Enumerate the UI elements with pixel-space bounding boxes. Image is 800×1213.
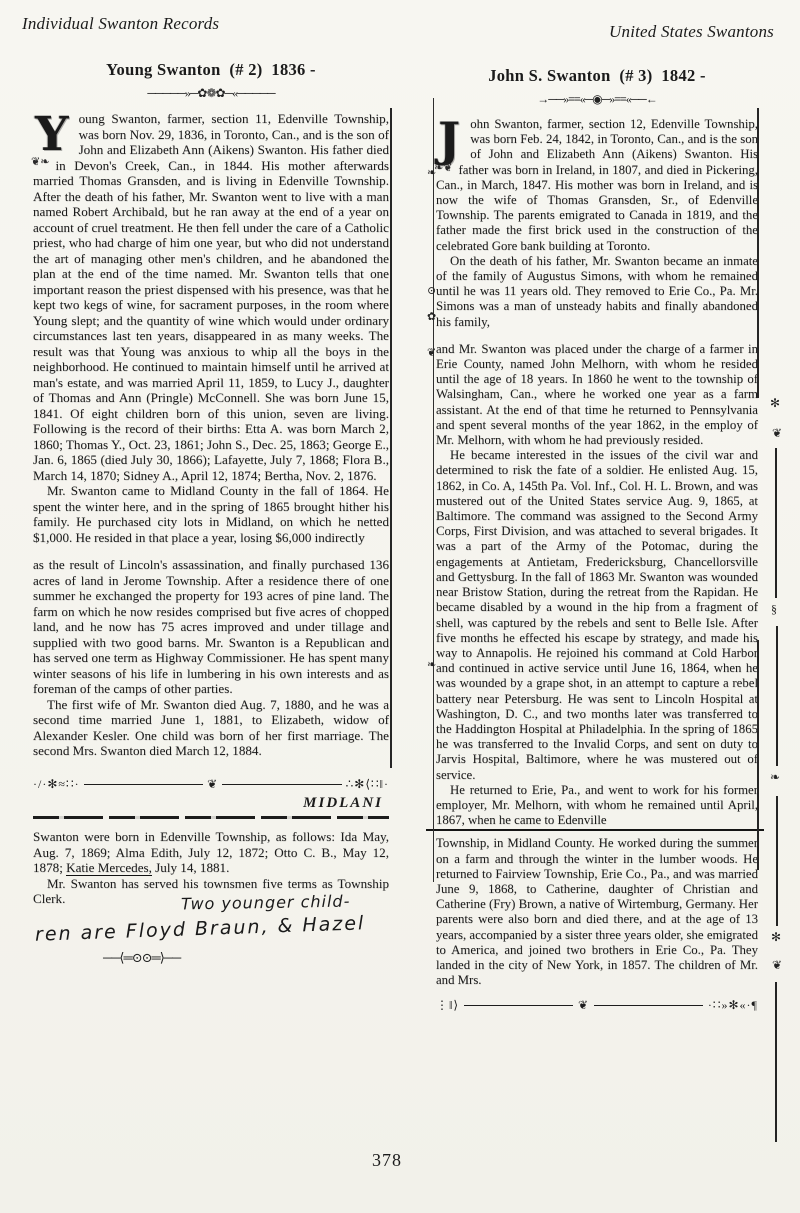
right-article-title: John S. Swanton (# 3) 1842 -: [436, 66, 758, 86]
pasted-fragment: ·/·✻≈∷· ❦ ∴✻⟨∷‖· MIDLANI Swanton were bo…: [33, 775, 389, 972]
clerk-paragraph-block: Mr. Swanton has served his townsmen five…: [33, 876, 389, 972]
page-edge-ornament-border: ✻ ❦ § ❧ ✻ ❦: [762, 96, 798, 1176]
vine-flourish-icon: ❧❦: [434, 161, 452, 176]
band-rule: [464, 1005, 573, 1006]
arrow-divider-icon: →──»≡≡«─◉─»≡≡«──←: [436, 92, 758, 107]
left-article: Young Swanton (# 2) 1836 - ─────»─✿❁✿─«─…: [33, 60, 389, 972]
band-center-icon: ❦: [207, 777, 218, 792]
paragraph: Mr. Swanton came to Midland County in th…: [33, 483, 389, 545]
paragraph: He became interested in the issues of th…: [436, 448, 758, 782]
divider-stem: [433, 98, 434, 882]
right-article: John S. Swanton (# 3) 1842 - →──»≡≡«─◉─»…: [436, 66, 758, 1014]
underlined-name: Katie Mercedes,: [66, 860, 152, 876]
chain-stem: [775, 982, 777, 1142]
fragment-watermark: MIDLANI: [33, 795, 383, 812]
flourish-icon: ❦: [427, 346, 436, 359]
chain-flourish-icon: ❦: [772, 426, 782, 441]
floral-divider-icon: ─────»─✿❁✿─«─────: [33, 86, 389, 101]
drop-cap-letter: Y: [33, 114, 72, 155]
paragraph: On the death of his father, Mr. Swanton …: [436, 254, 758, 330]
drop-cap-letter: J: [436, 120, 463, 161]
chain-flourish-icon: ❧: [770, 770, 780, 785]
handwriting-note: ren are Floyd Braun, & Hazel: [35, 912, 366, 946]
bottom-ornament-band: ⋮‖⟩ ❦ ·∷»✻«·¶: [436, 996, 758, 1014]
heavy-dashed-rule: [33, 816, 389, 820]
paragraph: The first wife of Mr. Swanton died Aug. …: [33, 697, 389, 759]
band-center-icon: ❦: [578, 998, 589, 1013]
flourish-icon: ❧: [427, 166, 436, 179]
right-column-edge-line: [757, 108, 759, 398]
paragraph: J❧❦ohn Swanton, farmer, section 12, Eden…: [436, 117, 758, 254]
scanned-page: Individual Swanton Records United States…: [0, 0, 800, 1213]
flourish-icon: ⊙: [427, 284, 436, 297]
paragraph: Township, in Midland County. He worked d…: [436, 836, 758, 988]
paragraph: as the result of Lincoln's assassination…: [33, 557, 389, 697]
flourish-icon: ✿: [427, 310, 436, 323]
paragraph-text: ohn Swanton, farmer, section 12, Edenvil…: [436, 117, 758, 253]
band-left-icon: ·/·✻≈∷·: [33, 777, 80, 792]
chain-ornament-icon: ──⟨═⊙⊙═⟩──: [103, 950, 180, 966]
left-article-title: Young Swanton (# 2) 1836 -: [33, 60, 389, 80]
chain-stem: [776, 626, 778, 766]
scan-gap: [33, 545, 389, 557]
chain-stem: [775, 448, 777, 598]
ornament-band: ·/·✻≈∷· ❦ ∴✻⟨∷‖·: [33, 775, 389, 795]
running-header-left: Individual Swanton Records: [22, 14, 219, 34]
band-right-icon: ∴✻⟨∷‖·: [346, 777, 389, 792]
chain-flourish-icon: ✻: [770, 396, 780, 411]
chain-flourish-icon: ✻: [771, 930, 781, 945]
left-article-body: Y❦❧oung Swanton, farmer, section 11, Ede…: [33, 111, 389, 759]
paragraph-text: July 14, 1881.: [152, 860, 229, 875]
chain-stem: [776, 796, 778, 926]
flourish-icon: ❧: [427, 658, 436, 671]
right-column-edge-line: [757, 640, 759, 870]
scan-gap: [436, 330, 758, 342]
column-divider-line: [390, 108, 392, 768]
paragraph: Y❦❧oung Swanton, farmer, section 11, Ede…: [33, 111, 389, 483]
band-right-icon: ·∷»✻«·¶: [708, 998, 758, 1013]
paragraph: He returned to Erie, Pa., and went to wo…: [436, 783, 758, 829]
handwriting-note: Two younger child-: [181, 891, 351, 913]
chain-flourish-icon: §: [771, 602, 777, 617]
paragraph: Swanton were born in Edenville Township,…: [33, 829, 389, 876]
band-rule: [84, 784, 203, 785]
vine-flourish-icon: ❦❧: [31, 155, 49, 171]
band-rule: [594, 1005, 703, 1006]
fragment-edge-rule: [426, 829, 764, 831]
right-article-body: J❧❦ohn Swanton, farmer, section 12, Eden…: [436, 117, 758, 988]
chain-flourish-icon: ❦: [772, 958, 782, 973]
running-header-right: United States Swantons: [609, 22, 774, 42]
paragraph-text: oung Swanton, farmer, section 11, Edenvi…: [33, 111, 389, 483]
page-number: 378: [372, 1150, 402, 1171]
band-left-icon: ⋮‖⟩: [436, 998, 459, 1013]
band-rule: [222, 784, 341, 785]
paragraph: and Mr. Swanton was placed under the cha…: [436, 342, 758, 448]
